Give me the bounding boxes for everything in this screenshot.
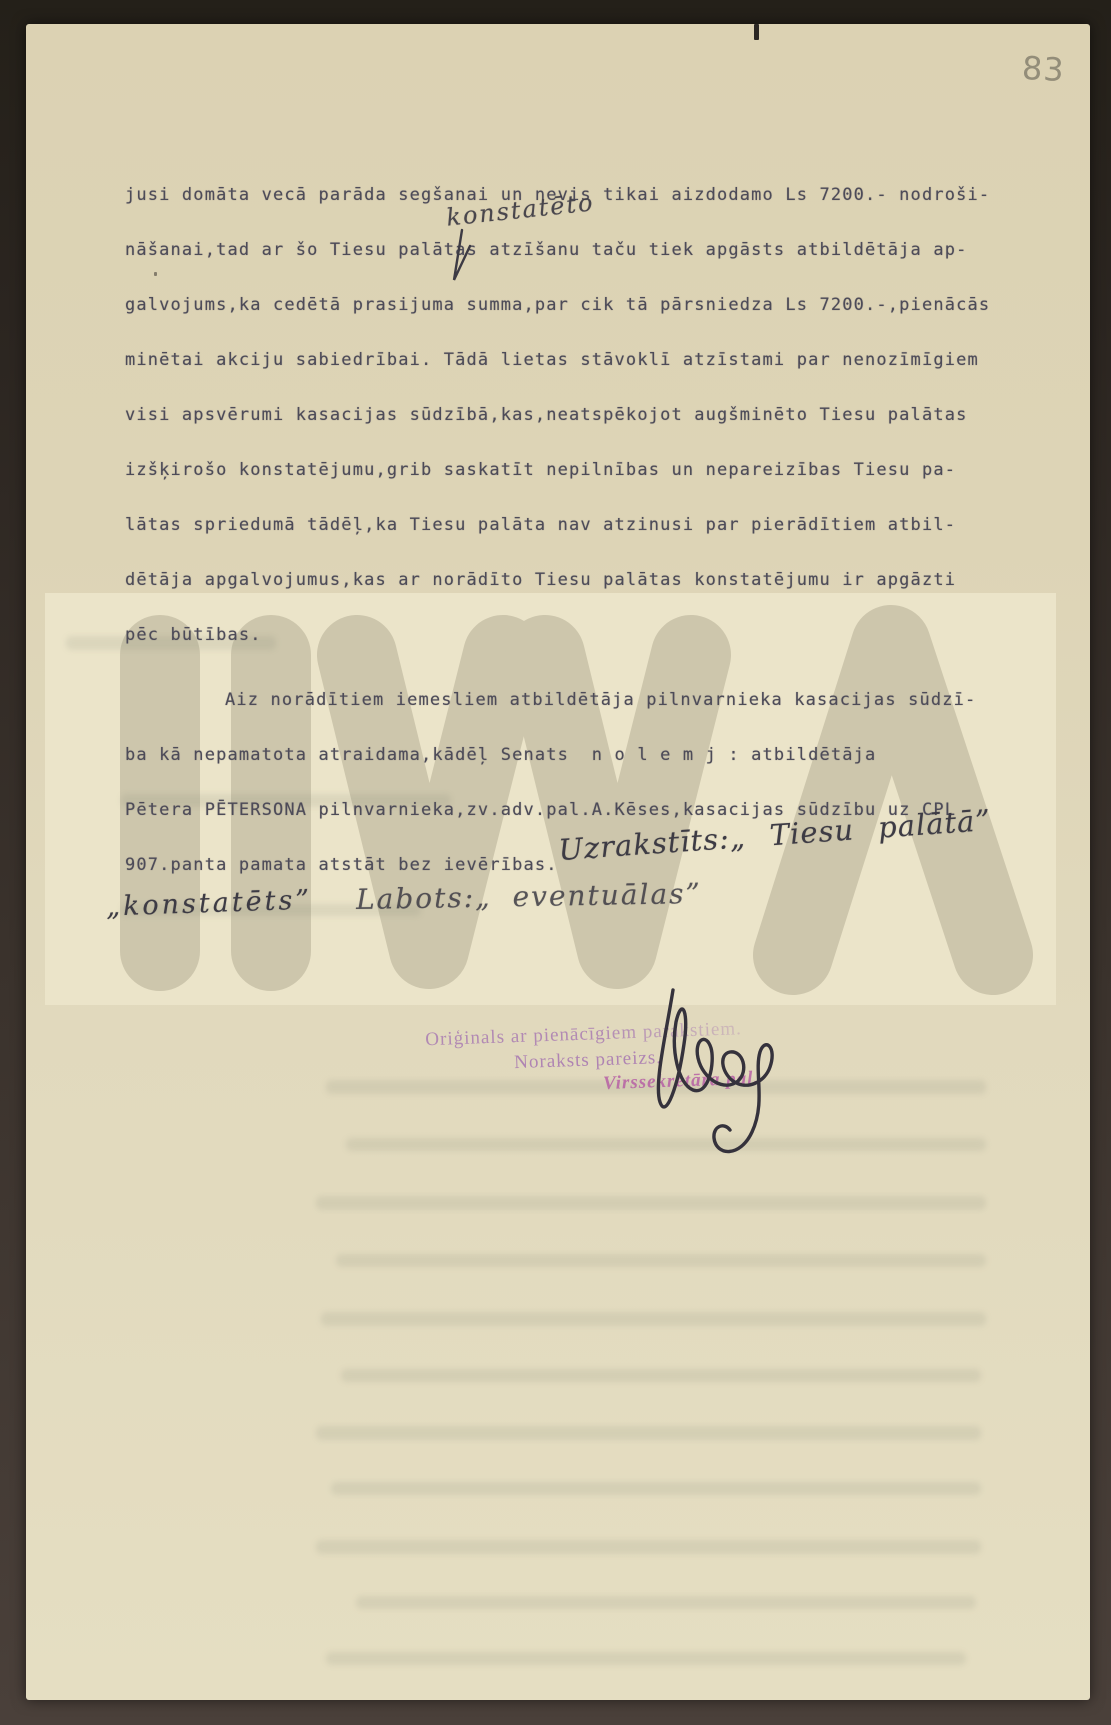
typed-line: dētāja apgalvojumus,kas ar norādīto Ties… <box>125 553 1045 608</box>
typed-line: ba kā nepamatota atraidama,kādēļ Senats … <box>125 728 1045 783</box>
handwritten-note: Labots:„ eventuālas” <box>356 877 702 916</box>
bleedthrough-row <box>341 1369 981 1382</box>
ink-speck <box>154 272 157 276</box>
insertion-caret-mark <box>448 228 488 288</box>
bleedthrough-row <box>321 1312 986 1326</box>
typed-line: nāšanai,tad ar šo Tiesu palātas atzīšanu… <box>125 223 1045 278</box>
bleedthrough-row <box>356 1596 976 1609</box>
typed-line: pēc būtības. <box>125 608 1045 663</box>
typed-line: izšķirošo konstatējumu,grib saskatīt nep… <box>125 443 1045 498</box>
signature-ink <box>616 974 816 1174</box>
typed-line: minētai akciju sabiedrībai. Tādā lietas … <box>125 333 1045 388</box>
folio-number-pencil: 83 <box>1021 49 1066 89</box>
certification-stamp: Oriģinals ar pienācīgiem parakstiem. Nor… <box>26 5 1089 42</box>
typed-line: lātas spriedumā tādēļ,ka Tiesu palāta na… <box>125 498 1045 553</box>
bleedthrough-row <box>316 1426 981 1440</box>
bleedthrough-row <box>336 1254 986 1267</box>
bleedthrough-row <box>331 1482 981 1495</box>
bleedthrough-row <box>316 1196 986 1210</box>
bleedthrough-row <box>316 1540 981 1554</box>
typed-line: visi apsvērumi kasacijas sūdzībā,kas,nea… <box>125 388 1045 443</box>
typed-line: galvojums,ka cedētā prasijuma summa,par … <box>125 278 1045 333</box>
ink-speck <box>754 24 759 40</box>
document-page: 83 jusi domāta vecā parāda segšanai un n… <box>26 24 1090 1700</box>
typed-line: Aiz norādītiem iemesliem atbildētāja pil… <box>125 673 1045 728</box>
bleedthrough-row <box>326 1652 966 1665</box>
typed-text-block: jusi domāta vecā parāda segšanai un nevi… <box>125 168 1045 893</box>
